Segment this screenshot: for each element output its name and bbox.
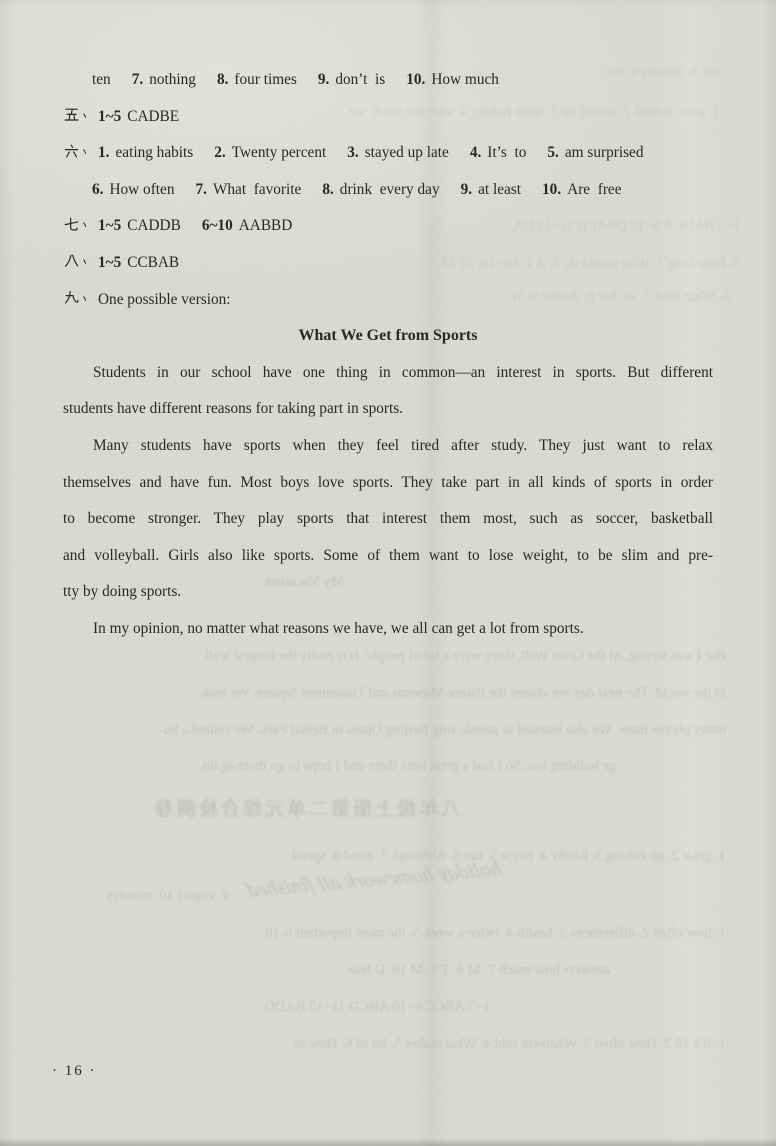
essay-line: students have different reasons for taki… bbox=[63, 391, 713, 428]
chinese-numeral-jiu-icon bbox=[63, 291, 90, 308]
answer-text: at least bbox=[478, 181, 521, 198]
essay-line: Students in our school have one thing in… bbox=[63, 355, 713, 392]
answer-text: stayed up late bbox=[365, 144, 449, 161]
scanned-answer-page: ow 8. famous 9. the1. go to school 2. st… bbox=[0, 0, 776, 1146]
answer-number: 10. bbox=[542, 181, 561, 198]
bleedthrough-line: ge building too. So I had a great time t… bbox=[56, 758, 616, 782]
essay-line: and volleyball. Girls also like sports. … bbox=[63, 538, 713, 575]
answer-number: 1~5 bbox=[98, 108, 121, 125]
essay-title: What We Get from Sports bbox=[63, 318, 713, 355]
chinese-numeral-wu-icon bbox=[63, 108, 90, 125]
answer-text: nothing bbox=[149, 71, 196, 88]
answer-line: 6.How often7.What favorite8.drink every … bbox=[63, 172, 713, 209]
answer-number: 4. bbox=[470, 144, 481, 161]
answer-number: 9. bbox=[318, 71, 329, 88]
answer-text: CADBE bbox=[127, 108, 179, 125]
answer-text: don’t is bbox=[335, 71, 385, 88]
chinese-numeral-liu-icon bbox=[63, 144, 90, 161]
answer-text: It’s to bbox=[487, 144, 526, 161]
answer-text: How much bbox=[431, 71, 499, 88]
essay-line: to become stronger. They play sports tha… bbox=[63, 501, 713, 538]
essay-body: Students in our school have one thing in… bbox=[63, 355, 713, 648]
bleedthrough-line: answers how much 7. M 8. T 9. M 10. D ho… bbox=[90, 962, 610, 986]
answer-line: 1.eating habits2.Twenty percent3.stayed … bbox=[63, 135, 713, 172]
answer-number: 7. bbox=[132, 71, 143, 88]
answer-text: eating habits bbox=[115, 144, 193, 161]
bleedthrough-line: But I was wrong. At the Great Wall, ther… bbox=[50, 648, 726, 672]
answer-text: How often bbox=[109, 181, 174, 198]
answer-text: What favorite bbox=[213, 181, 301, 198]
answer-text: Twenty percent bbox=[232, 144, 327, 161]
answer-number: 1~5 bbox=[98, 254, 121, 271]
essay-line: Many students have sports when they feel… bbox=[63, 428, 713, 465]
answer-text: One possible version: bbox=[98, 291, 231, 308]
answer-line: 1~5CADBE bbox=[63, 99, 713, 136]
bleedthrough-line: 1. how often 2. differences 3. health 4.… bbox=[50, 925, 726, 949]
answer-number: 10. bbox=[406, 71, 425, 88]
answer-text: four times bbox=[234, 71, 296, 88]
bleedthrough-line: 9. yogurt 10. minutes bbox=[50, 888, 230, 912]
answer-number: 1. bbox=[98, 144, 109, 161]
answer-key-content: ten7.nothing8.four times9.don’t is10.How… bbox=[63, 62, 713, 648]
bleedthrough-line: in the world. The next day we visited th… bbox=[50, 685, 726, 709]
answer-number: 8. bbox=[322, 181, 333, 198]
answer-section: ten7.nothing8.four times9.don’t is10.How… bbox=[63, 62, 713, 318]
bleedthrough-line: holiday homework all finished bbox=[218, 856, 512, 925]
essay-line: In my opinion, no matter what reasons we… bbox=[63, 611, 713, 648]
answer-text: CCBAB bbox=[127, 254, 179, 271]
answer-number: 3. bbox=[347, 144, 358, 161]
bleedthrough-line: 1~5 ABCC 6~10 ABCD 11~15 BADD bbox=[70, 999, 490, 1023]
answer-number: 6~10 bbox=[202, 217, 233, 234]
answer-number: 8. bbox=[217, 71, 228, 88]
bleedthrough-line: 1. It’s 10 2. How often 3. Whatever told… bbox=[50, 1036, 726, 1060]
answer-number: 7. bbox=[195, 181, 206, 198]
bleedthrough-line: 八年级上册第二单元综合检测卷 bbox=[150, 794, 460, 824]
answer-text: drink every day bbox=[340, 181, 440, 198]
answer-text: ten bbox=[92, 71, 111, 88]
answer-line: ten7.nothing8.four times9.don’t is10.How… bbox=[63, 62, 713, 99]
chinese-numeral-ba-icon bbox=[63, 254, 90, 271]
answer-text: CADDB bbox=[127, 217, 181, 234]
answer-number: 1~5 bbox=[98, 217, 121, 234]
answer-text: am surprised bbox=[565, 144, 644, 161]
page-number: · 16 · bbox=[52, 1063, 97, 1080]
answer-number: 6. bbox=[92, 181, 103, 198]
answer-number: 2. bbox=[214, 144, 225, 161]
essay-line: tty by doing sports. bbox=[63, 574, 713, 611]
answer-text: AABBD bbox=[239, 217, 293, 234]
bleedthrough-line: many photos there. We also listened to p… bbox=[50, 722, 726, 746]
answer-line: 1~5CCBAB bbox=[63, 245, 713, 282]
chinese-numeral-qi-icon bbox=[63, 217, 90, 234]
answer-line: 1~5CADDB6~10AABBD bbox=[63, 208, 713, 245]
essay-line: themselves and have fun. Most boys love … bbox=[63, 465, 713, 502]
answer-text: Are free bbox=[567, 181, 621, 198]
answer-line: One possible version: bbox=[63, 282, 713, 319]
answer-number: 5. bbox=[547, 144, 558, 161]
bleedthrough-line: 1. great 2. go fishing 3. hardly 4. twic… bbox=[50, 848, 726, 872]
answer-number: 9. bbox=[461, 181, 472, 198]
